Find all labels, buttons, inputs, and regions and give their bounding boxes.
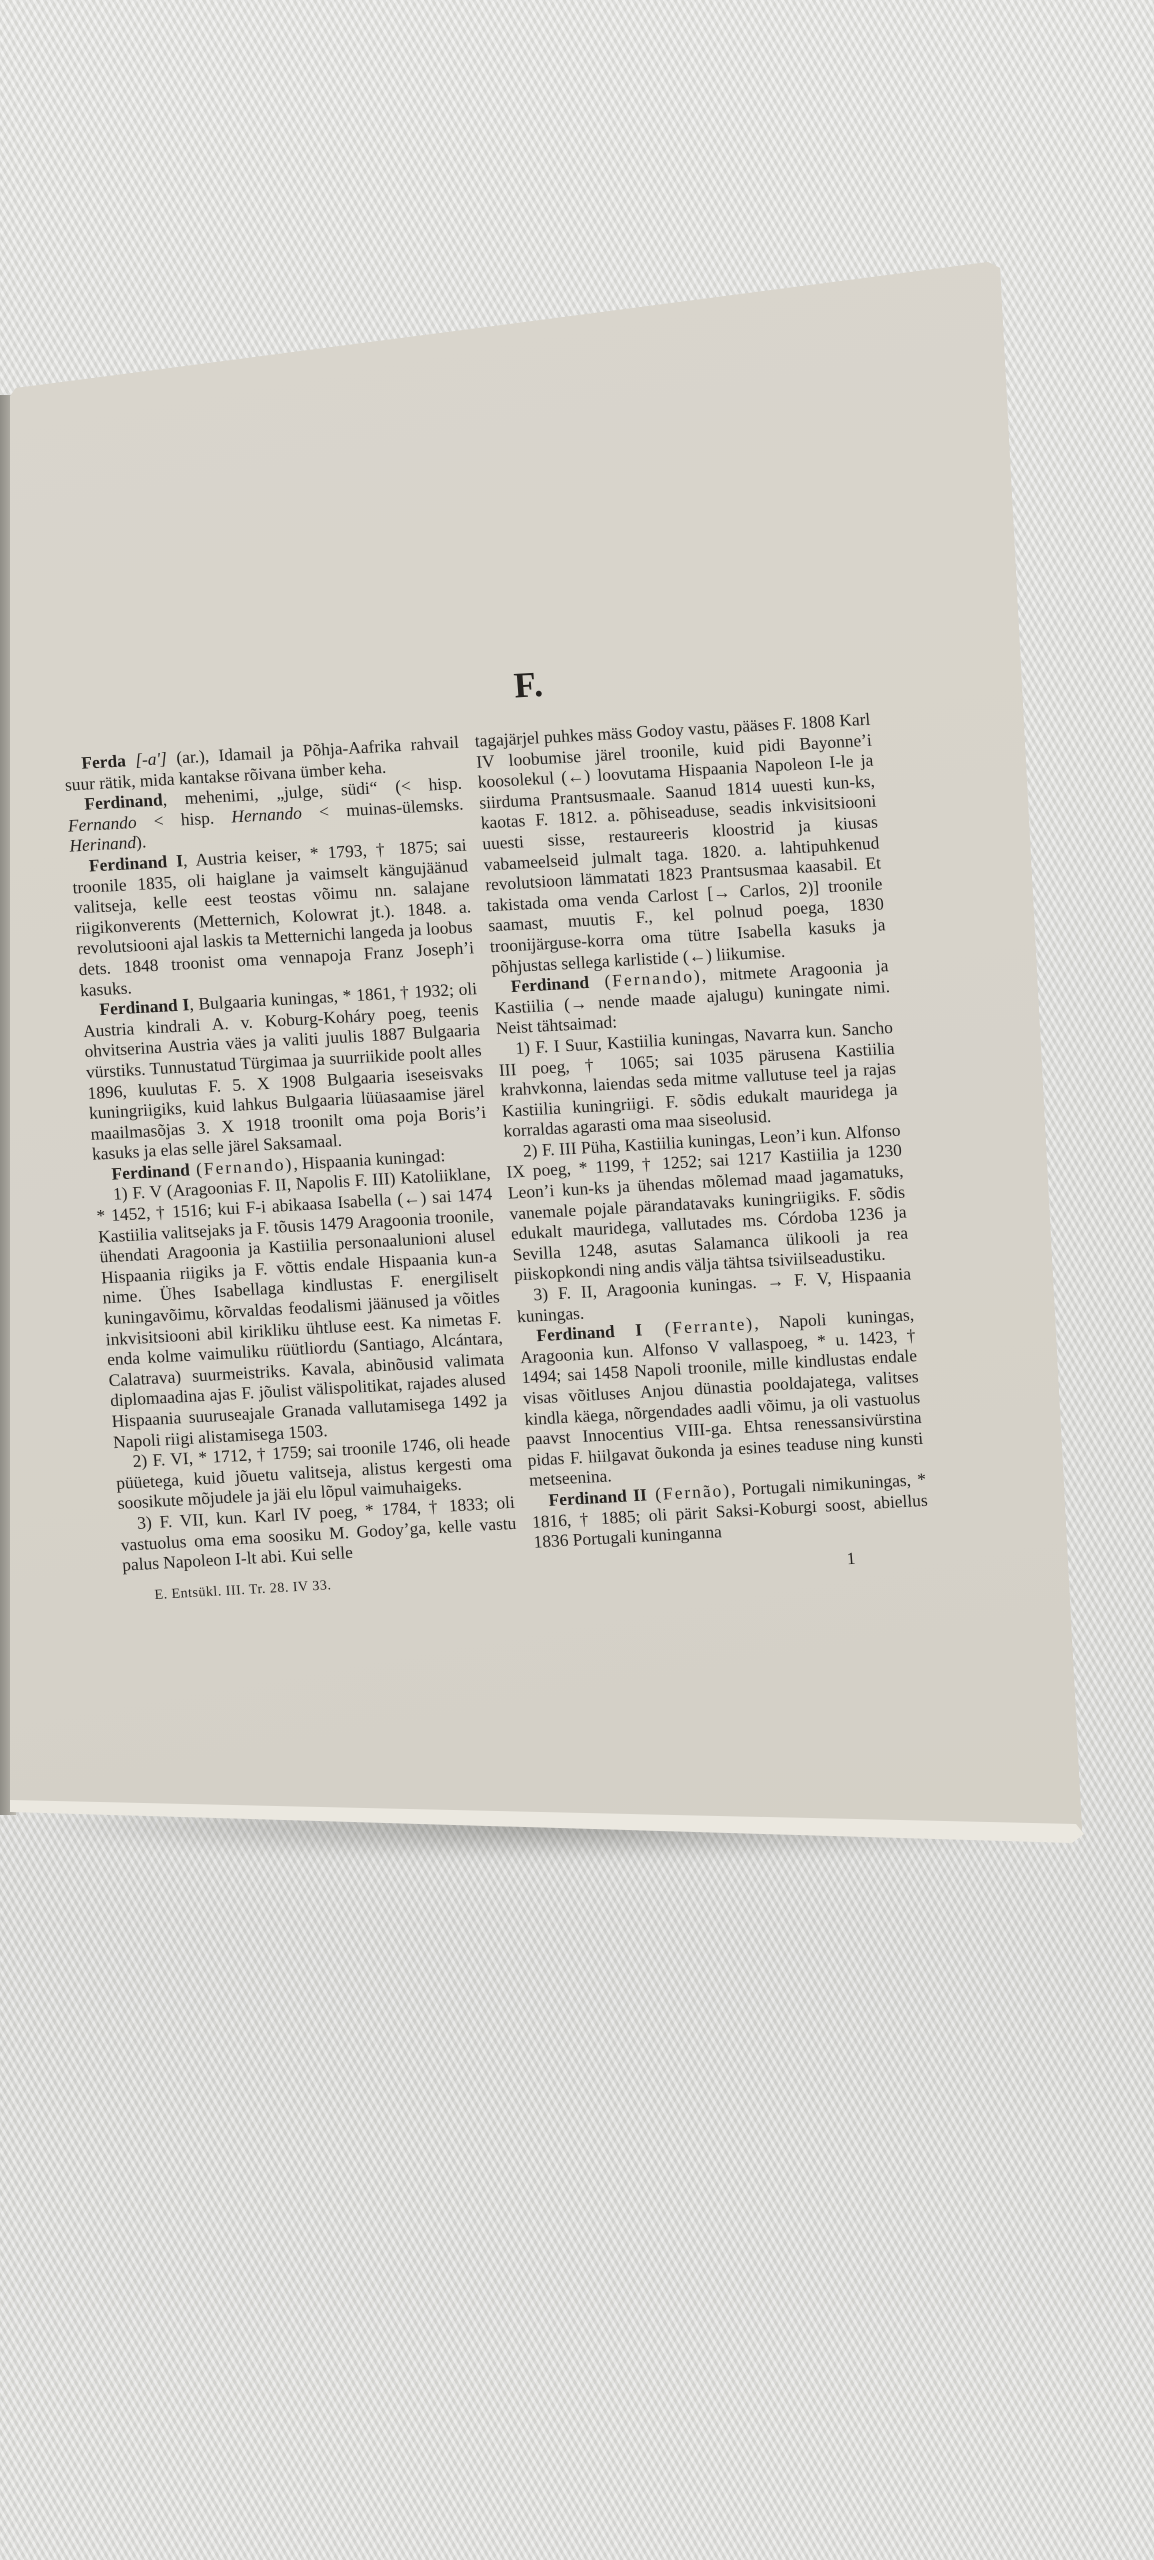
entry: Ferdinand I (Ferrante), Napoli kuningas,… <box>518 1304 925 1490</box>
etymology-word: Hernando <box>231 802 303 826</box>
entry-text: tagajärjel puhkes mäss Godoy vastu, pääs… <box>474 709 886 977</box>
entry-text: 2) F. III Püha, Kastiilia kuningas, Leon… <box>506 1120 909 1285</box>
entry-headword: Ferda <box>81 750 127 772</box>
entry-paragraph: 1) F. V (Aragoonias F. II, Napolis F. II… <box>94 1163 509 1452</box>
entry-text: 1) F. V (Aragoonias F. II, Napolis F. II… <box>96 1163 508 1452</box>
entry-paragraph: tagajärjel puhkes mäss Godoy vastu, pääs… <box>474 709 887 978</box>
entry: Ferdinand I, Austria keiser, * 1793, † 1… <box>70 834 476 1000</box>
right-column: tagajärjel puhkes mäss Godoy vastu, pääs… <box>474 709 930 1553</box>
left-column: Ferda [-a'] (ar.), Idamail ja Põhja-Aafr… <box>63 732 519 1576</box>
entry-paragraph: 2) F. III Püha, Kastiilia kuningas, Leon… <box>504 1120 910 1286</box>
page-content: F. Ferda [-a'] (ar.), Idamail ja Põhja-A… <box>58 640 1024 1610</box>
entry-text: ). <box>135 832 147 853</box>
entry-text: < hisp. <box>136 806 232 831</box>
entry: Ferdinand I, Bulgaaria kuningas, * 1861,… <box>81 978 488 1164</box>
pronunciation: [-a'] <box>134 748 167 770</box>
